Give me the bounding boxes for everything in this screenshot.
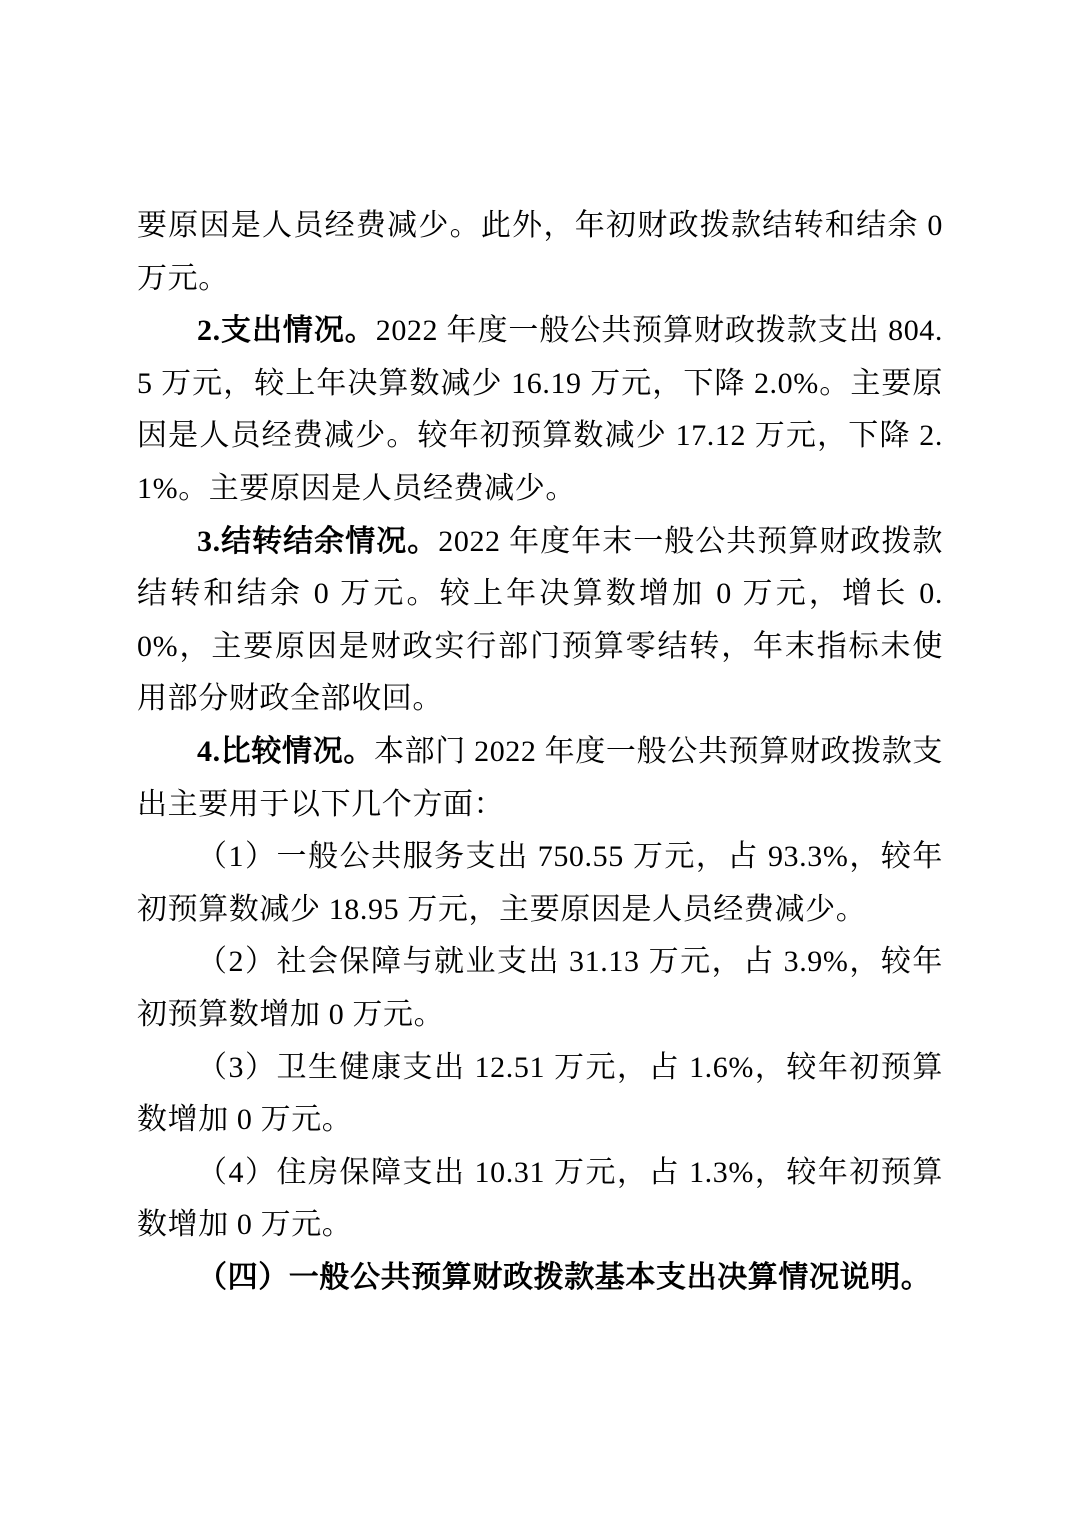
paragraph-carryover-balance-continuation: 要原因是人员经费减少。此外，年初财政拨款结转和结余 0 万元。 <box>137 200 943 305</box>
document-body: 要原因是人员经费减少。此外，年初财政拨款结转和结余 0 万元。 2.支出情况。2… <box>137 200 943 1304</box>
paragraph-expenditure-situation: 2.支出情况。2022 年度一般公共预算财政拨款支出 804.5 万元，较上年决… <box>137 305 943 515</box>
paragraph-text: （1）一般公共服务支出 750.55 万元，占 93.3%，较年初预算数减少 1… <box>137 840 943 926</box>
heading-section-4-basic-expenditure-explanation: （四）一般公共预算财政拨款基本支出决算情况说明。 <box>137 1252 943 1305</box>
paragraph-text: （4）住房保障支出 10.31 万元，占 1.3%，较年初预算数增加 0 万元。 <box>137 1156 943 1242</box>
paragraph-lead: 2.支出情况。 <box>197 314 376 347</box>
paragraph-item-1-general-public-services: （1）一般公共服务支出 750.55 万元，占 93.3%，较年初预算数减少 1… <box>137 831 943 936</box>
paragraph-text: （3）卫生健康支出 12.51 万元，占 1.6%，较年初预算数增加 0 万元。 <box>137 1051 943 1137</box>
paragraph-lead: （四）一般公共预算财政拨款基本支出决算情况说明。 <box>197 1261 931 1294</box>
paragraph-item-2-social-security-employment: （2）社会保障与就业支出 31.13 万元，占 3.9%，较年初预算数增加 0 … <box>137 936 943 1041</box>
paragraph-lead: 4.比较情况。 <box>197 735 374 768</box>
document-page: 要原因是人员经费减少。此外，年初财政拨款结转和结余 0 万元。 2.支出情况。2… <box>0 0 1075 1520</box>
paragraph-text: 要原因是人员经费减少。此外，年初财政拨款结转和结余 0 万元。 <box>137 209 943 295</box>
paragraph-item-4-housing-security: （4）住房保障支出 10.31 万元，占 1.3%，较年初预算数增加 0 万元。 <box>137 1147 943 1252</box>
paragraph-carryover-surplus-situation: 3.结转结余情况。2022 年度年末一般公共预算财政拨款结转和结余 0 万元。较… <box>137 516 943 726</box>
paragraph-text: （2）社会保障与就业支出 31.13 万元，占 3.9%，较年初预算数增加 0 … <box>137 945 943 1031</box>
paragraph-item-3-health: （3）卫生健康支出 12.51 万元，占 1.6%，较年初预算数增加 0 万元。 <box>137 1042 943 1147</box>
paragraph-comparison-situation: 4.比较情况。本部门 2022 年度一般公共预算财政拨款支出主要用于以下几个方面… <box>137 726 943 831</box>
paragraph-lead: 3.结转结余情况。 <box>197 525 438 558</box>
